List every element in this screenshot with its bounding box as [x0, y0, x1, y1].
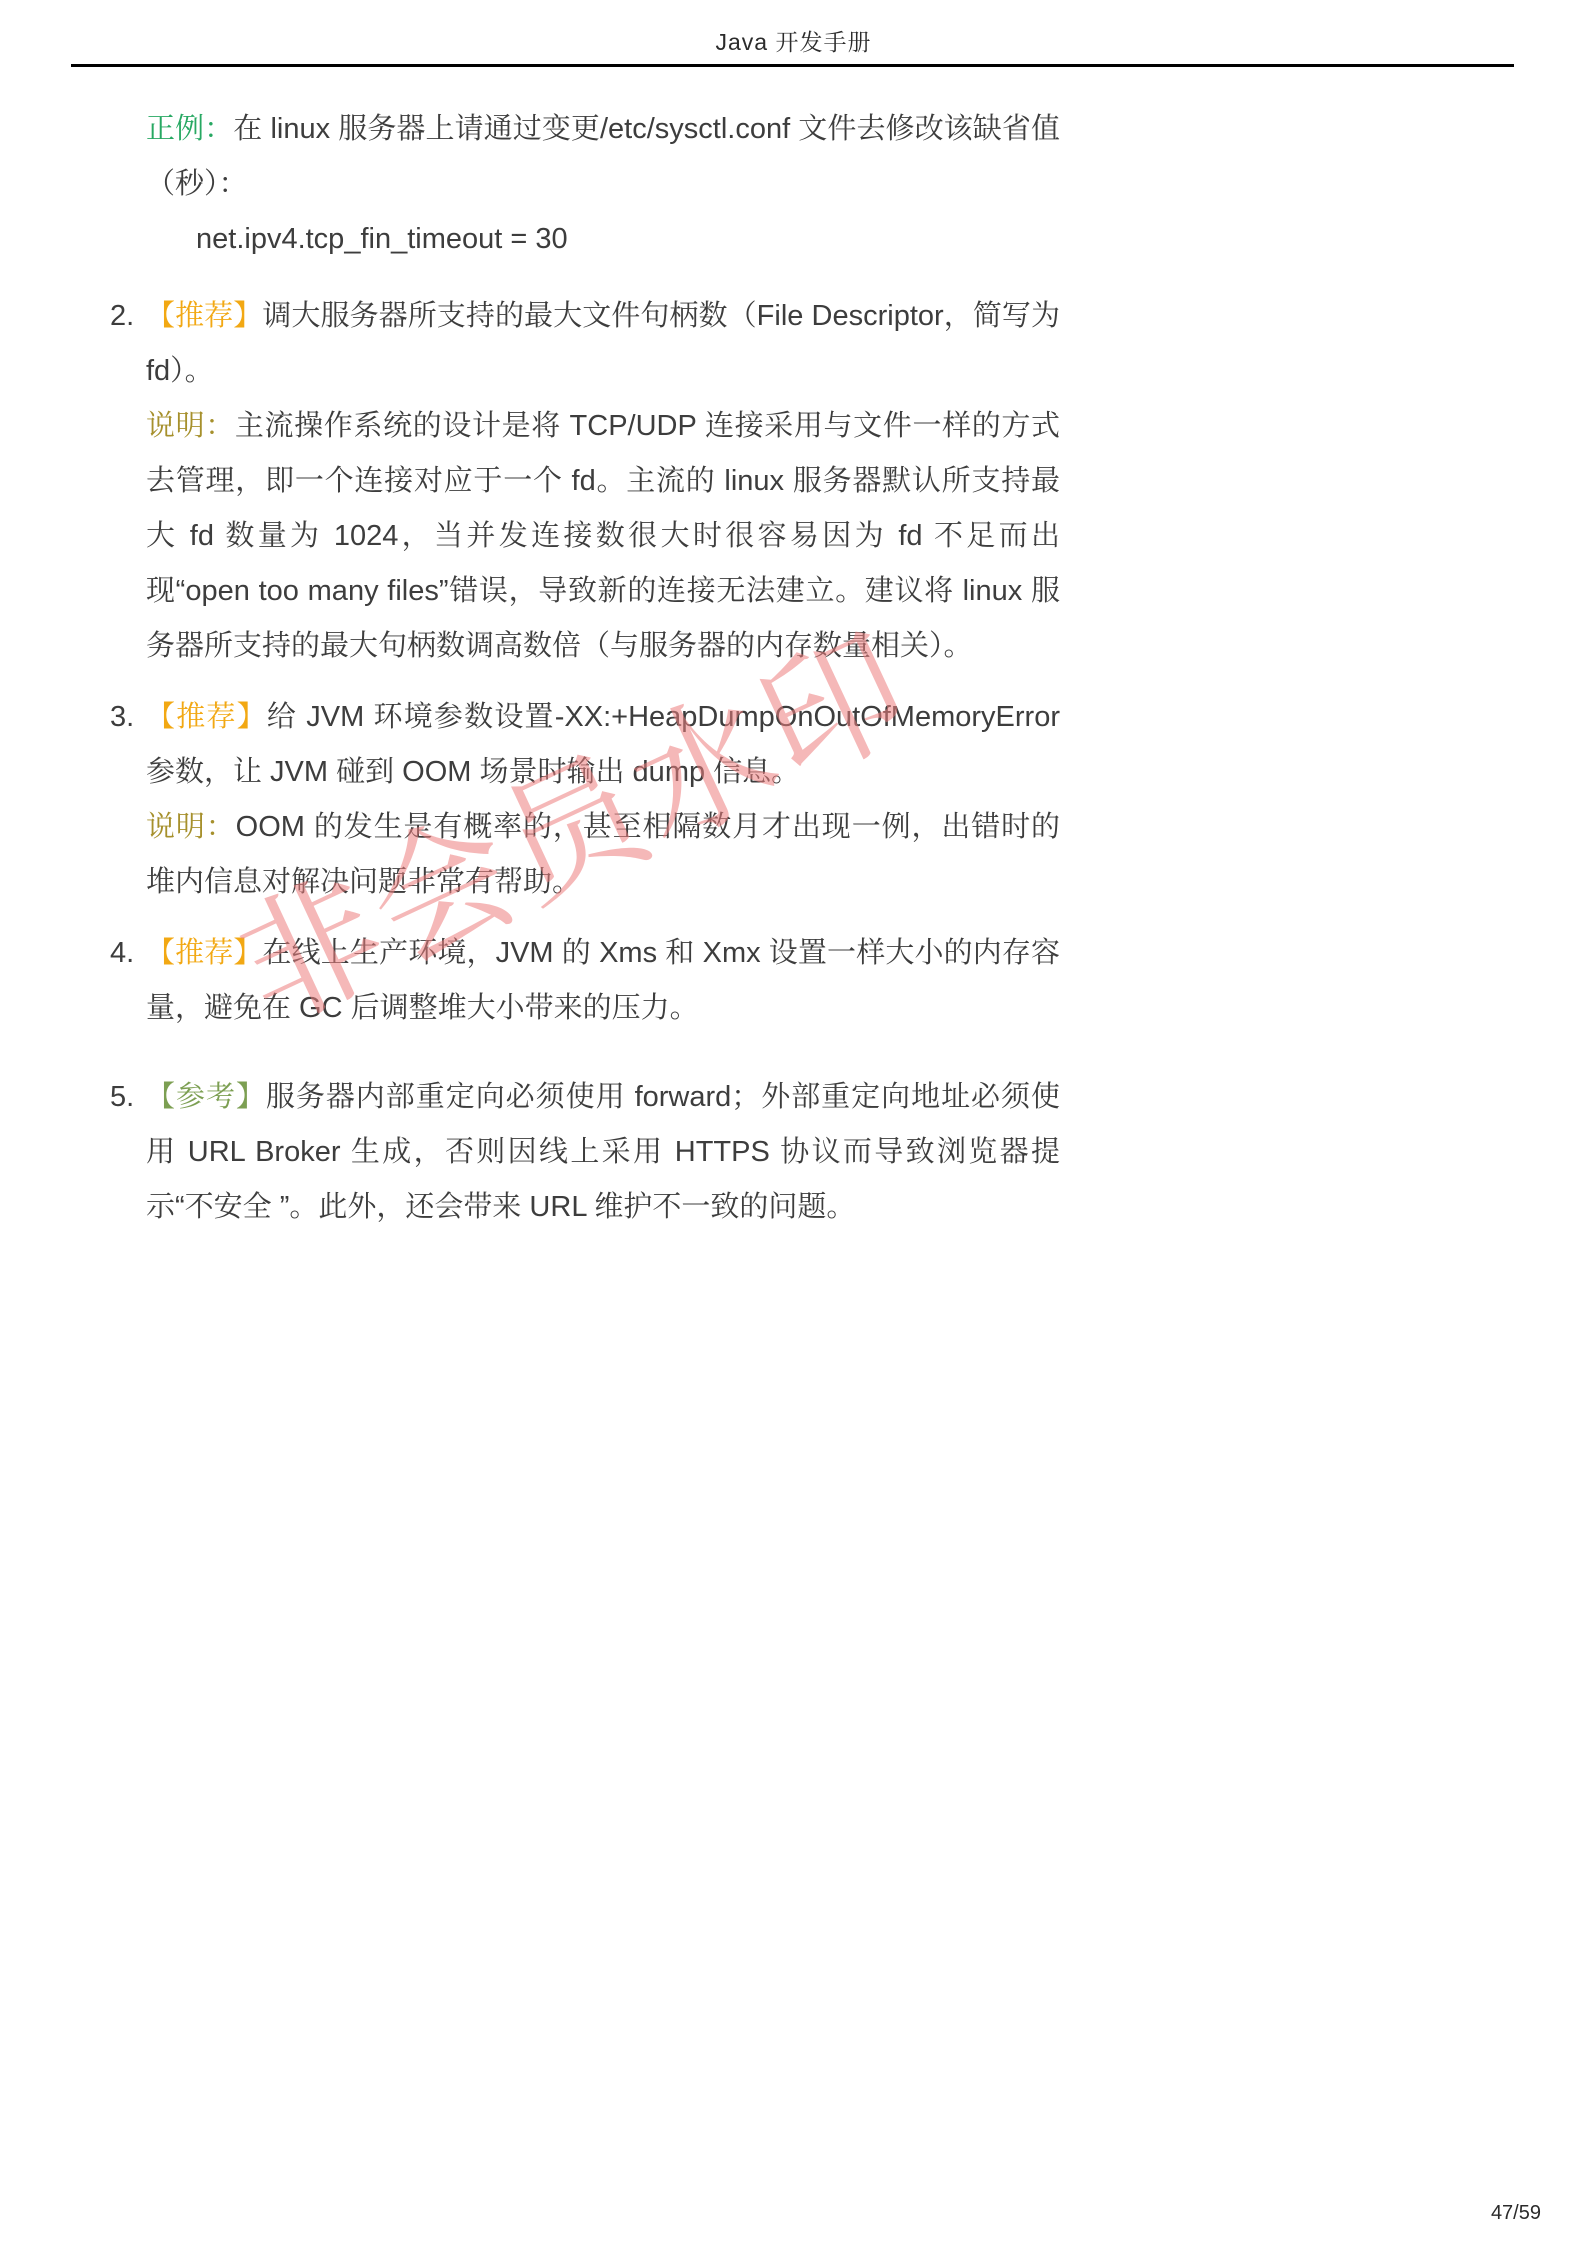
note-label: 说明： [146, 811, 236, 843]
list-item-body: 【推荐】给 JVM 环境参数设置-XX:+HeapDumpOnOutOfMemo… [146, 690, 1060, 800]
list-item-text: 在线上生产环境，JVM 的 Xms 和 Xmx 设置一样大小的内存容量，避免在 … [146, 937, 1060, 1024]
list-item: 3. 【推荐】给 JVM 环境参数设置-XX:+HeapDumpOnOutOfM… [146, 690, 1060, 910]
list-item: 4. 【推荐】在线上生产环境，JVM 的 Xms 和 Xmx 设置一样大小的内存… [146, 926, 1060, 1036]
positive-example-text: 在 linux 服务器上请通过变更/etc/sysctl.conf 文件去修改该… [146, 113, 1060, 200]
code-line: net.ipv4.tcp_fin_timeout = 30 [146, 212, 1060, 267]
list-item-text: 给 JVM 环境参数设置-XX:+HeapDumpOnOutOfMemoryEr… [146, 701, 1060, 788]
recommend-tag: 【推荐】 [146, 937, 263, 969]
list-item-body: 【推荐】调大服务器所支持的最大文件句柄数（File Descriptor，简写为… [146, 289, 1060, 399]
note-label: 说明： [146, 410, 235, 442]
header-divider [71, 64, 1514, 67]
positive-example-block: 正例：在 linux 服务器上请通过变更/etc/sysctl.conf 文件去… [146, 102, 1060, 267]
positive-example-label: 正例： [146, 113, 233, 145]
note-text: OOM 的发生是有概率的，甚至相隔数月才出现一例，出错时的堆内信息对解决问题非常… [146, 811, 1060, 898]
document-page: Java 开发手册 正例：在 linux 服务器上请通过变更/etc/sysct… [0, 0, 1587, 2245]
page-content: 正例：在 linux 服务器上请通过变更/etc/sysctl.conf 文件去… [146, 102, 1060, 1251]
list-item: 5. 【参考】服务器内部重定向必须使用 forward；外部重定向地址必须使用 … [146, 1070, 1060, 1235]
list-item-number: 3. [110, 690, 144, 745]
list-item-note: 说明：主流操作系统的设计是将 TCP/UDP 连接采用与文件一样的方式去管理，即… [146, 399, 1060, 674]
recommend-tag: 【推荐】 [146, 300, 262, 332]
list-item: 2. 【推荐】调大服务器所支持的最大文件句柄数（File Descriptor，… [146, 289, 1060, 674]
list-item-number: 5. [110, 1070, 144, 1125]
list-item-number: 4. [110, 926, 144, 981]
reference-tag: 【参考】 [146, 1081, 266, 1113]
list-item-note: 说明：OOM 的发生是有概率的，甚至相隔数月才出现一例，出错时的堆内信息对解决问… [146, 800, 1060, 910]
list-item-text: 调大服务器所支持的最大文件句柄数（File Descriptor，简写为 fd）… [146, 300, 1060, 387]
note-text: 主流操作系统的设计是将 TCP/UDP 连接采用与文件一样的方式去管理，即一个连… [146, 410, 1060, 662]
list-item-text: 服务器内部重定向必须使用 forward；外部重定向地址必须使用 URL Bro… [146, 1081, 1060, 1223]
list-item-body: 【推荐】在线上生产环境，JVM 的 Xms 和 Xmx 设置一样大小的内存容量，… [146, 926, 1060, 1036]
page-number: 47/59 [1491, 2202, 1541, 2225]
list-item-number: 2. [110, 289, 144, 344]
recommend-tag: 【推荐】 [146, 701, 267, 733]
list-item-body: 【参考】服务器内部重定向必须使用 forward；外部重定向地址必须使用 URL… [146, 1070, 1060, 1235]
header-title: Java 开发手册 [0, 24, 1587, 57]
